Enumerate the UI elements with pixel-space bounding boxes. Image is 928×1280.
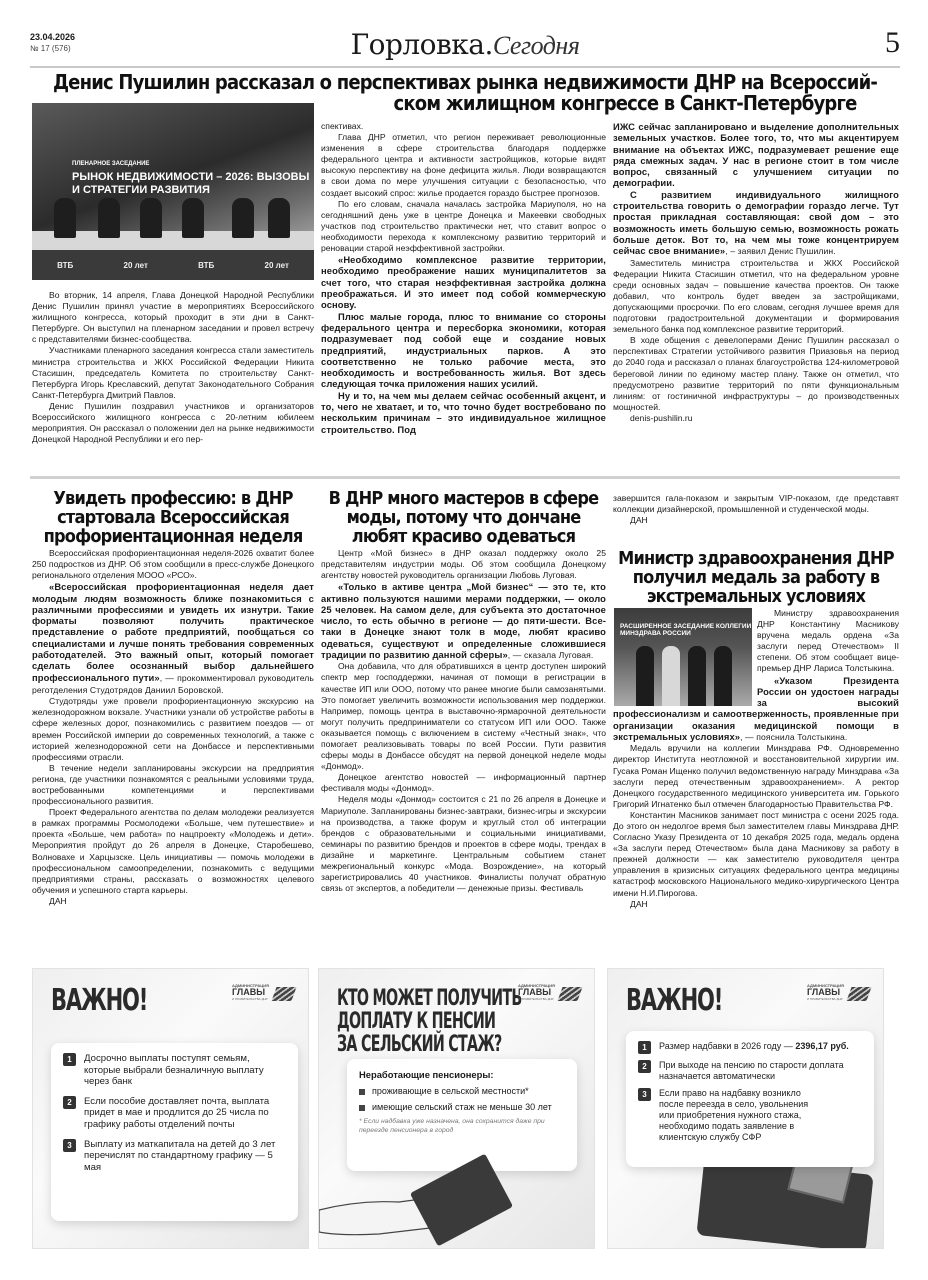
congress-photo: ПЛЕНАРНОЕ ЗАСЕДАНИЕ РЫНОК НЕДВИЖИМОСТИ –… — [32, 103, 314, 280]
paragraph: Всероссийская профориентационная неделя-… — [32, 548, 314, 581]
photo-caption-small: ПЛЕНАРНОЕ ЗАСЕДАНИЕ — [72, 161, 149, 167]
sponsor-logo: 20 лет — [265, 261, 289, 270]
ad-important-payments: ВАЖНО! АДМИНИСТРАЦИЯ ГЛАВЫ И ПРАВИТЕЛЬСТ… — [32, 968, 309, 1249]
bullet-item: проживающие в сельской местности* — [359, 1086, 565, 1097]
medal-article-body: Министру здравоохранения ДНР Константину… — [613, 608, 899, 910]
main-article-column-3: ИЖС сейчас запланировано и выделение доп… — [613, 121, 899, 424]
paragraph-text: завершится гала-показом и закрытым VIP-п… — [613, 493, 899, 514]
fashion-article-body: Центр «Мой бизнес» в ДНР оказал поддержк… — [321, 548, 606, 894]
numbered-item: 3Если право на надбавку возникло после п… — [638, 1088, 862, 1143]
ad-title: КТО МОЖЕТ ПОЛУЧИТЬ ДОПЛАТУ К ПЕНСИИ ЗА С… — [337, 987, 522, 1056]
info-card: Неработающие пенсионеры: проживающие в с… — [347, 1059, 577, 1171]
paragraph-text: Донецкое агентство новостей — информацио… — [321, 772, 606, 793]
paragraph-text: В ходе общения с девелоперами Денис Пуши… — [613, 335, 899, 412]
paragraph: «Необходимо комплексное развитие террито… — [321, 254, 606, 310]
number-badge: 1 — [638, 1041, 651, 1054]
number-badge: 1 — [63, 1053, 76, 1066]
paragraph-text: denis-pushilin.ru — [630, 413, 693, 423]
paragraph-text: Плюс малые города, плюс то внимание со с… — [321, 311, 606, 390]
paragraph-text: Проект Федерального агентства по делам м… — [32, 807, 314, 895]
paragraph: Студотряды уже провели профориентационну… — [32, 696, 314, 763]
paragraph: Ну и то, на чем мы делаем сейчас особенн… — [321, 390, 606, 435]
footnote: * Если надбавка уже назначена, она сохра… — [359, 1118, 565, 1135]
paragraph-text: В течение недели запланированы экскурсии… — [32, 763, 314, 806]
paragraph-text: ИЖС сейчас запланировано и выделение доп… — [613, 121, 899, 188]
paragraph-text: Всероссийская профориентационная неделя-… — [32, 548, 314, 580]
paragraph: завершится гала-показом и закрытым VIP-п… — [613, 493, 899, 515]
paragraph-text: Константин Масников занимает пост минист… — [613, 810, 899, 898]
paragraph-text: Министру здравоохранения ДНР Константину… — [757, 608, 899, 673]
paragraph-text: «Только в активе центра „Мой бизнес“ — э… — [321, 581, 606, 660]
masthead: 23.04.2026 № 17 (576) Горловка.Сегодня 5 — [30, 30, 900, 68]
number-badge: 3 — [63, 1139, 76, 1152]
item-text: Выплату из маткапитала на детей до 3 лет… — [84, 1139, 286, 1174]
paragraph: Центр «Мой бизнес» в ДНР оказал поддержк… — [321, 548, 606, 581]
paragraph-text: Студотряды уже провели профориентационну… — [32, 696, 314, 761]
sponsor-bar: ВТБ 20 лет ВТБ 20 лет — [32, 250, 314, 280]
administration-logo: АДМИНИСТРАЦИЯ ГЛАВЫ И ПРАВИТЕЛЬСТВА ДНР — [518, 983, 580, 1009]
paragraph-text: Неделя моды «Донмод» состоится с 21 по 2… — [321, 794, 606, 893]
paragraph-text: Во вторник, 14 апреля, Глава Донецкой На… — [32, 290, 314, 344]
paragraph-text: Заместитель министра строительства и ЖКХ… — [613, 258, 899, 335]
attribution: , — пояснила Толстыкина. — [740, 732, 847, 742]
paragraph: В ходе общения с девелоперами Денис Пуши… — [613, 335, 899, 413]
paragraph-text: Центр «Мой бизнес» в ДНР оказал поддержк… — [321, 548, 606, 580]
attribution: , — сказала Луговая. — [508, 650, 594, 660]
speaker-figure — [182, 198, 204, 238]
numbered-item: 1Досрочно выплаты поступят семьям, котор… — [63, 1053, 286, 1088]
sponsor-logo: ВТБ — [57, 261, 73, 270]
section-divider — [30, 476, 900, 479]
paragraph: ДАН — [613, 899, 899, 910]
paragraph: Во вторник, 14 апреля, Глава Донецкой На… — [32, 290, 314, 345]
paragraph: Константин Масников занимает пост минист… — [613, 810, 899, 899]
paragraph: ДАН — [32, 896, 314, 907]
title-italic: Сегодня — [493, 31, 580, 60]
title-main: Горловка. — [351, 28, 493, 61]
page-number: 5 — [885, 26, 900, 60]
newspaper-title: Горловка.Сегодня — [30, 28, 900, 61]
bullet-text: проживающие в сельской местности* — [372, 1086, 529, 1097]
paragraph-text: Глава ДНР отметил, что регион переживает… — [321, 132, 606, 197]
paragraph: «Всероссийская профориентационная неделя… — [32, 581, 314, 696]
paragraph-text: ДАН — [49, 896, 67, 906]
speaker-figure — [54, 198, 76, 238]
paragraph-text: «Всероссийская профориентационная неделя… — [32, 581, 314, 682]
item-text: Досрочно выплаты поступят семьям, которы… — [84, 1053, 286, 1088]
paragraph-text: спективах. — [321, 121, 363, 131]
paragraph-text: По его словам, сначала началась застройк… — [321, 199, 606, 253]
speaker-figure — [268, 198, 290, 238]
attribution: , – заявил Денис Пушилин. — [725, 246, 836, 256]
paragraph-text: ДАН — [630, 899, 648, 909]
speaker-figure — [140, 198, 162, 238]
paragraph: «Только в активе центра „Мой бизнес“ — э… — [321, 581, 606, 661]
info-card: 1Досрочно выплаты поступят семьям, котор… — [51, 1043, 298, 1221]
medal-article-headline: Министр здравоохранения ДНР получил меда… — [613, 550, 899, 607]
item-text: Размер надбавки в 2026 году — 2396,17 ру… — [659, 1041, 849, 1054]
paragraph: Денис Пушилин поздравил участников и орг… — [32, 401, 314, 445]
paragraph-text: Ну и то, на чем мы делаем сейчас особенн… — [321, 390, 606, 435]
paragraph: С развитием индивидуального жилищного ст… — [613, 189, 899, 258]
number-badge: 2 — [63, 1096, 76, 1109]
item-text: Если пособие доставляет почта, выплата п… — [84, 1096, 286, 1131]
paragraph: ИЖС сейчас запланировано и выделение доп… — [613, 121, 899, 189]
fashion-article-headline: В ДНР много мастеров в сфере моды, потом… — [321, 490, 606, 547]
numbered-item: 2При выходе на пенсию по старости доплат… — [638, 1060, 862, 1082]
ad-rural-pension: КТО МОЖЕТ ПОЛУЧИТЬ ДОПЛАТУ К ПЕНСИИ ЗА С… — [318, 968, 595, 1249]
paragraph-text: Участниками пленарного заседания конгрес… — [32, 345, 314, 399]
numbered-item: 3Выплату из маткапитала на детей до 3 ле… — [63, 1139, 286, 1174]
photo-caption-big: РЫНОК НЕДВИЖИМОСТИ – 2026: ВЫЗОВЫ И СТРА… — [72, 171, 314, 196]
bullet-text: имеющие сельский стаж не меньше 30 лет — [372, 1102, 552, 1113]
paragraph: В течение недели запланированы экскурсии… — [32, 763, 314, 807]
administration-logo: АДМИНИСТРАЦИЯ ГЛАВЫ И ПРАВИТЕЛЬСТВА ДНР — [807, 983, 869, 1009]
paragraph: Участниками пленарного заседания конгрес… — [32, 345, 314, 400]
info-card: 1Размер надбавки в 2026 году — 2396,17 р… — [626, 1031, 874, 1167]
administration-logo: АДМИНИСТРАЦИЯ ГЛАВЫ И ПРАВИТЕЛЬСТВА ДНР — [232, 983, 294, 1009]
paragraph: Медаль вручили на коллегии Минздрава РФ.… — [613, 743, 899, 810]
profession-article-body: Всероссийская профориентационная неделя-… — [32, 548, 314, 907]
paragraph-text: ДАН — [630, 515, 648, 525]
profession-article-headline: Увидеть профессию: в ДНР стартовала Всер… — [32, 490, 314, 547]
item-amount: 2396,17 руб. — [795, 1041, 848, 1051]
ad-important-supplement: ВАЖНО! АДМИНИСТРАЦИЯ ГЛАВЫ И ПРАВИТЕЛЬСТ… — [607, 968, 884, 1249]
bullet-square-icon — [359, 1089, 365, 1095]
photo-float-spacer — [613, 608, 757, 706]
paragraph: Она добавила, что для обратившихся в цен… — [321, 661, 606, 772]
paragraph: Донецкое агентство новостей — информацио… — [321, 772, 606, 794]
numbered-item: 2Если пособие доставляет почта, выплата … — [63, 1096, 286, 1131]
paragraph-text: Денис Пушилин поздравил участников и орг… — [32, 401, 314, 444]
number-badge: 3 — [638, 1088, 651, 1101]
item-text: Если право на надбавку возникло после пе… — [659, 1088, 809, 1143]
item-text-plain: Размер надбавки в 2026 году — — [659, 1041, 795, 1051]
main-article-column-2: спективах.Глава ДНР отметил, что регион … — [321, 121, 606, 435]
paragraph: ДАН — [613, 515, 899, 526]
paragraph: Плюс малые города, плюс то внимание со с… — [321, 311, 606, 390]
speaker-figure — [98, 198, 120, 238]
item-text: При выходе на пенсию по старости доплата… — [659, 1060, 862, 1082]
paragraph: спективах. — [321, 121, 606, 132]
paragraph: Проект Федерального агентства по делам м… — [32, 807, 314, 896]
card-heading: Неработающие пенсионеры: — [359, 1069, 565, 1080]
number-badge: 2 — [638, 1060, 651, 1073]
paragraph-text: «Необходимо комплексное развитие террито… — [321, 254, 606, 310]
bullet-item: имеющие сельский стаж не меньше 30 лет — [359, 1102, 565, 1113]
paragraph-text: Она добавила, что для обратившихся в цен… — [321, 661, 606, 771]
speaker-figure — [232, 198, 254, 238]
paragraph: Заместитель министра строительства и ЖКХ… — [613, 258, 899, 336]
ad-title: ВАЖНО! — [51, 983, 147, 1018]
paragraph: denis-pushilin.ru — [613, 413, 899, 424]
paragraph-text: Медаль вручили на коллегии Минздрава РФ.… — [613, 743, 899, 808]
main-article-column-1: Во вторник, 14 апреля, Глава Донецкой На… — [32, 290, 314, 445]
paragraph: По его словам, сначала началась застройк… — [321, 199, 606, 254]
ad-title: ВАЖНО! — [626, 983, 722, 1018]
fashion-article-continuation: завершится гала-показом и закрытым VIP-п… — [613, 493, 899, 526]
sponsor-logo: ВТБ — [198, 261, 214, 270]
bullet-square-icon — [359, 1105, 365, 1111]
paragraph: Глава ДНР отметил, что регион переживает… — [321, 132, 606, 199]
sponsor-logo: 20 лет — [124, 261, 148, 270]
numbered-item: 1Размер надбавки в 2026 году — 2396,17 р… — [638, 1041, 862, 1054]
paragraph: Неделя моды «Донмод» состоится с 21 по 2… — [321, 794, 606, 894]
